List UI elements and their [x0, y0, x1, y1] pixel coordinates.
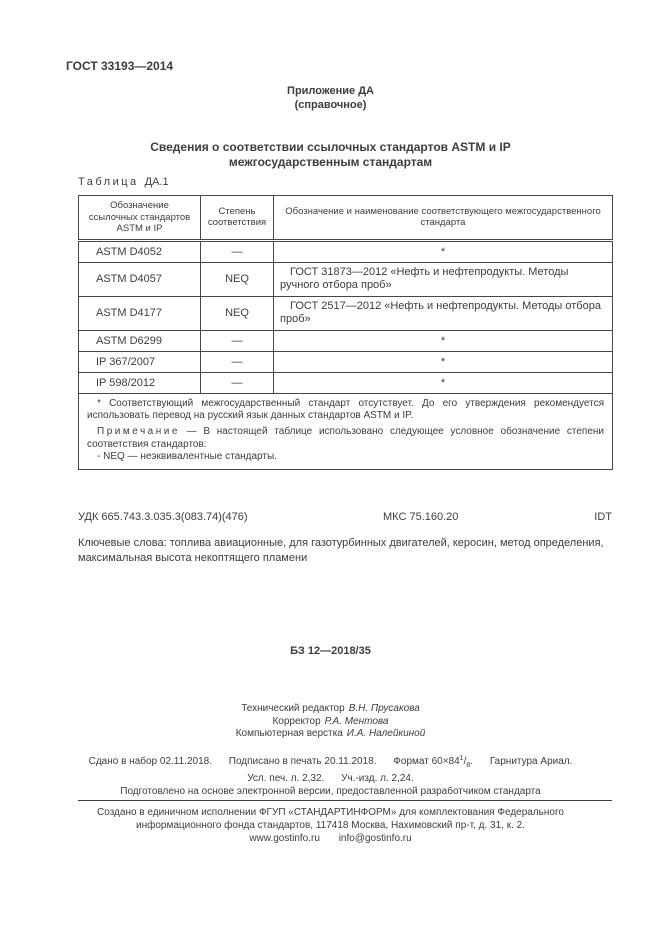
cell-standard: ASTM D4057 — [79, 262, 201, 296]
credit-role: Компьютерная верстка — [236, 728, 343, 739]
table-caption-number: ДА.1 — [145, 176, 169, 188]
publisher-line1: Создано в единичном исполнении ФГУП «СТА… — [0, 806, 661, 819]
credit-line: Компьютерная версткаИ.А. Налейкиной — [0, 728, 661, 741]
imprint-line1: Сдано в набор 02.11.2018. Подписано в пе… — [0, 752, 661, 772]
col-header-degree: Степень соответствия — [201, 196, 274, 241]
section-title-line1: Сведения о соответствии ссылочных станда… — [0, 140, 661, 155]
correspondence-table: Обозначение ссылочных стандартов ASTM и … — [78, 195, 613, 470]
cell-standard: ASTM D4052 — [79, 240, 201, 262]
cell-match: ГОСТ 2517—2012 «Нефть и нефтепродукты. М… — [274, 296, 613, 330]
table-footnote-row: * Соответствующий межгосударственный ста… — [79, 393, 613, 469]
cell-match: ГОСТ 31873—2012 «Нефть и нефтепродукты. … — [274, 262, 613, 296]
cell-degree: — — [201, 351, 274, 372]
cell-degree: NEQ — [201, 296, 274, 330]
divider-rule — [78, 800, 612, 801]
credit-name: В.Н. Прусакова — [349, 703, 420, 714]
footnote-asterisk: * Соответствующий межгосударственный ста… — [87, 398, 604, 423]
imprint-format: Формат 60×841/8. — [393, 756, 473, 767]
cell-standard: ASTM D4177 — [79, 296, 201, 330]
table-caption-label: Таблица — [78, 176, 139, 188]
publisher-block: Создано в единичном исполнении ФГУП «СТА… — [0, 806, 661, 845]
credit-name: И.А. Налейкиной — [347, 728, 426, 739]
annex-subtitle: (справочное) — [0, 98, 661, 112]
format-end: . — [470, 756, 473, 767]
annex-title: Приложение ДА — [0, 84, 661, 98]
publisher-website: www.gostinfo.ru — [249, 833, 320, 844]
publisher-contacts: www.gostinfo.ru info@gostinfo.ru — [0, 832, 661, 845]
publisher-line2: информационного фонда стандартов, 117418… — [0, 819, 661, 832]
credit-role: Корректор — [272, 716, 320, 727]
annex-heading: Приложение ДА (справочное) — [0, 84, 661, 112]
credit-name: Р.А. Ментова — [325, 716, 389, 727]
idt-code: IDT — [594, 511, 612, 523]
credit-role: Технический редактор — [241, 703, 344, 714]
table-row: ASTM D6299 — * — [79, 330, 613, 351]
imprint-block: Сдано в набор 02.11.2018. Подписано в пе… — [0, 752, 661, 798]
imprint-print-sheets: Усл. печ. л. 2,32. — [247, 773, 324, 784]
imprint-typeface: Гарнитура Ариал. — [490, 756, 573, 767]
cell-degree: — — [201, 372, 274, 393]
cell-standard: IP 367/2007 — [79, 351, 201, 372]
cell-match: * — [274, 240, 613, 262]
imprint-set-date: Сдано в набор 02.11.2018. — [89, 756, 212, 767]
table-row: ASTM D4057 NEQ ГОСТ 31873—2012 «Нефть и … — [79, 262, 613, 296]
imprint-pub-sheets: Уч.-изд. л. 2,24. — [341, 773, 414, 784]
cell-match: * — [274, 372, 613, 393]
table-footnote-cell: * Соответствующий межгосударственный ста… — [79, 393, 613, 469]
table-row: IP 598/2012 — * — [79, 372, 613, 393]
cell-match: * — [274, 330, 613, 351]
udk-code: УДК 665.743.3.035.3(083.74)(476) — [78, 511, 248, 523]
section-title: Сведения о соответствии ссылочных станда… — [0, 140, 661, 170]
section-title-line2: межгосударственным стандартам — [0, 155, 661, 170]
table-row: IP 367/2007 — * — [79, 351, 613, 372]
imprint-line3: Подготовлено на основе электронной верси… — [0, 785, 661, 798]
format-prefix: Формат 60×84 — [393, 756, 459, 767]
mks-code: МКС 75.160.20 — [383, 511, 458, 523]
table-row: ASTM D4177 NEQ ГОСТ 2517—2012 «Нефть и н… — [79, 296, 613, 330]
cell-degree: — — [201, 240, 274, 262]
cell-degree: — — [201, 330, 274, 351]
cell-standard: IP 598/2012 — [79, 372, 201, 393]
publisher-email: info@gostinfo.ru — [339, 833, 412, 844]
credit-line: КорректорР.А. Ментова — [0, 716, 661, 729]
table-header-row: Обозначение ссылочных стандартов ASTM и … — [79, 196, 613, 241]
cell-match: * — [274, 351, 613, 372]
table-row: ASTM D4052 — * — [79, 240, 613, 262]
imprint-print-date: Подписано в печать 20.11.2018. — [229, 756, 377, 767]
credits-block: Технический редакторВ.Н. Прусакова Корре… — [0, 703, 661, 741]
footnote-note-item: - NEQ — неэквивалентные стандарты. — [87, 451, 604, 463]
footnote-note: Примечание — В настоящей таблице использ… — [87, 426, 604, 451]
note-label: Примечание — [97, 426, 180, 437]
cell-degree: NEQ — [201, 262, 274, 296]
table-caption: ТаблицаДА.1 — [78, 176, 169, 188]
imprint-line2: Усл. печ. л. 2,32. Уч.-изд. л. 2,24. — [0, 772, 661, 785]
col-header-standard: Обозначение ссылочных стандартов ASTM и … — [79, 196, 201, 241]
document-page: ГОСТ 33193—2014 Приложение ДА (справочно… — [0, 0, 661, 935]
bz-code: БЗ 12—2018/35 — [0, 645, 661, 657]
credit-line: Технический редакторВ.Н. Прусакова — [0, 703, 661, 716]
doc-number: ГОСТ 33193—2014 — [66, 59, 173, 73]
cell-standard: ASTM D6299 — [79, 330, 201, 351]
keywords: Ключевые слова: топлива авиационные, для… — [78, 536, 616, 565]
col-header-match: Обозначение и наименование соответствующ… — [274, 196, 613, 241]
codes-row: УДК 665.743.3.035.3(083.74)(476) МКС 75.… — [0, 511, 661, 527]
